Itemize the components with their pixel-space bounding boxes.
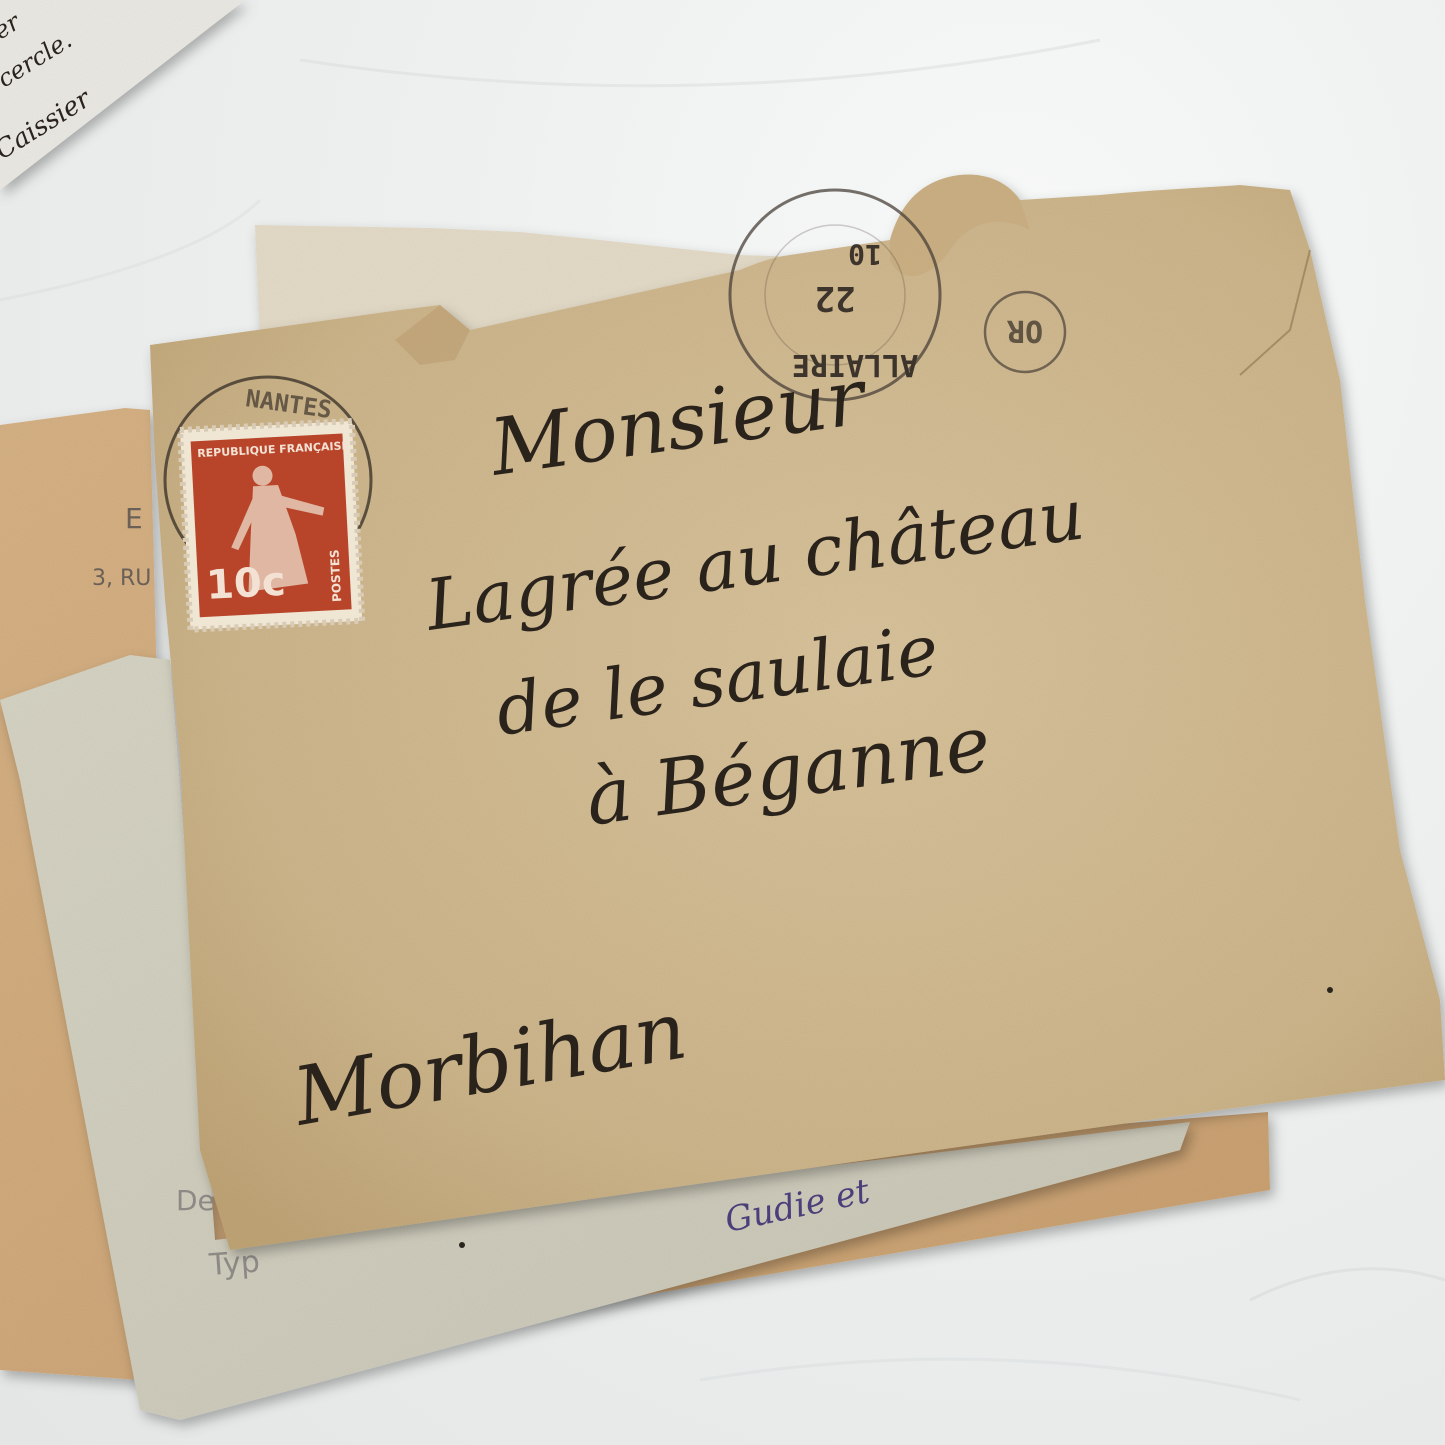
postage-stamp: REPUBLIQUE FRANÇAISE 10c POSTES (180, 421, 362, 630)
tissue-paper-background: er cercle. Caissier E 3, RU De Typ Gudie… (0, 0, 1445, 1445)
postmark-month: 10 (848, 238, 882, 271)
ink-dot (1327, 987, 1333, 993)
top-left-letter (0, 0, 245, 190)
postmark-day: 22 (815, 278, 856, 318)
stamp-label: POSTES (327, 549, 344, 602)
stamp-value: 10c (205, 559, 287, 609)
printed-address: 3, RU (92, 566, 151, 591)
pencil-note-2: Typ (207, 1245, 261, 1284)
small-stamp-text: OR (1006, 313, 1043, 348)
envelope-stack: er cercle. Caissier E 3, RU De Typ Gudie… (0, 0, 1445, 1445)
pencil-note-1: De (176, 1184, 215, 1217)
printed-letter-e: E (125, 502, 143, 535)
ink-dot (459, 1242, 465, 1248)
